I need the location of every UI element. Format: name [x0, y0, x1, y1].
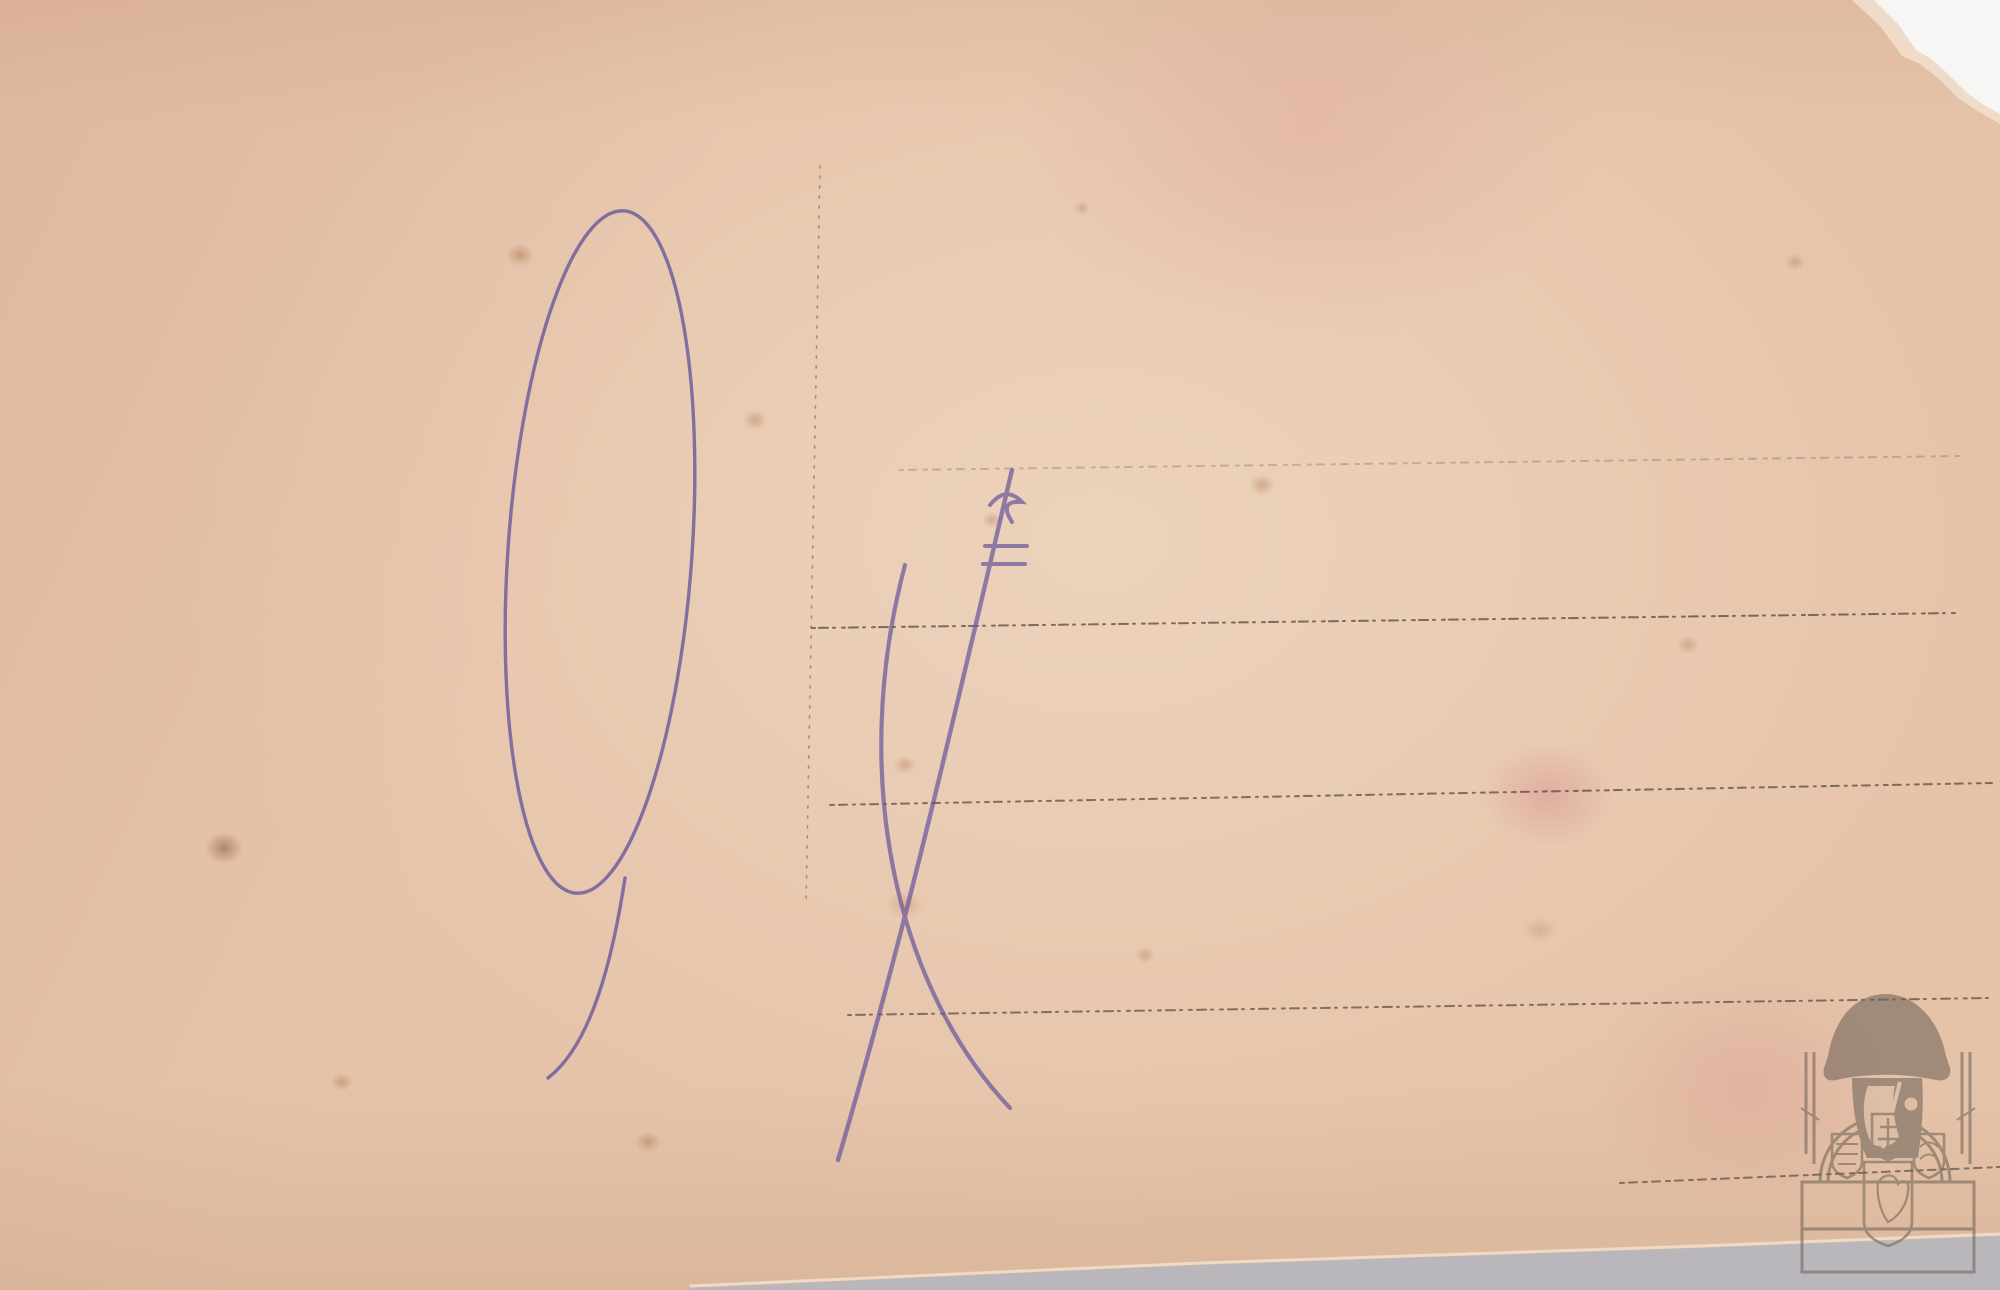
- heraldic-shields: [1832, 1114, 1944, 1246]
- soldier-ear: [1905, 1098, 1918, 1111]
- scanner-white-corner: [1874, 0, 2000, 114]
- scanned-postcard: [0, 0, 2000, 1290]
- legion-watermark: [1798, 986, 1978, 1278]
- torn-corner-region: [0, 0, 2000, 1290]
